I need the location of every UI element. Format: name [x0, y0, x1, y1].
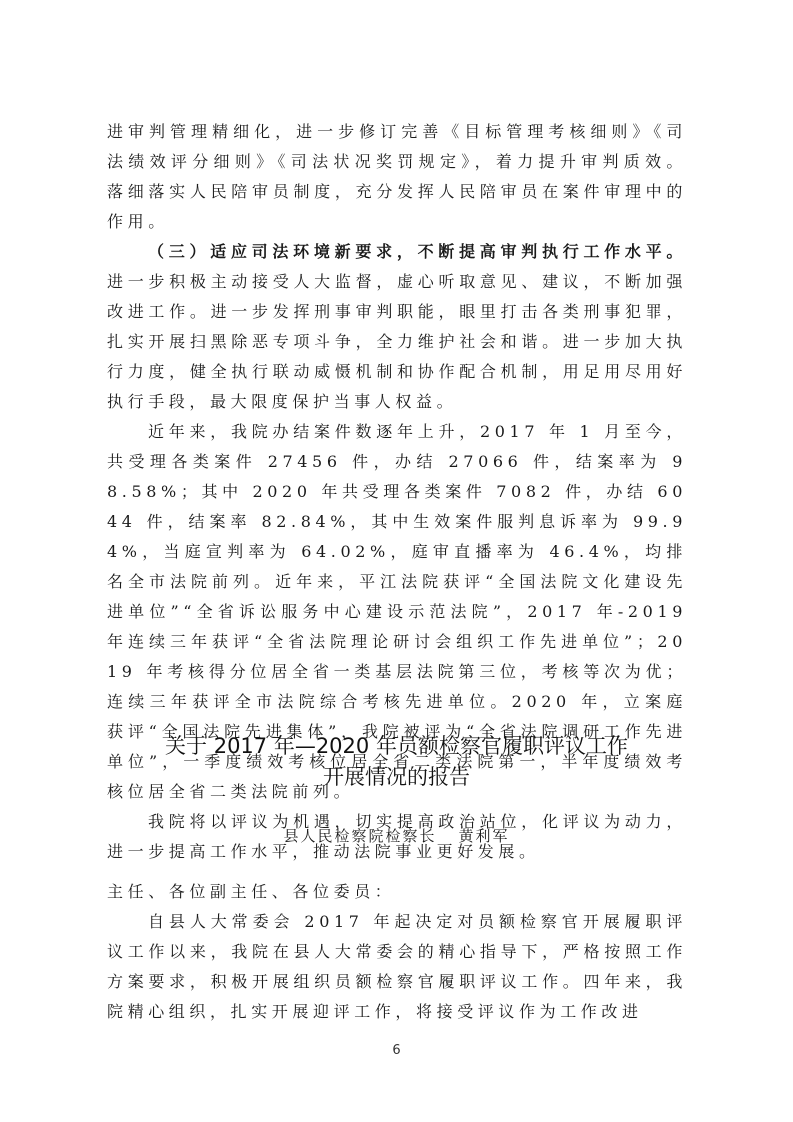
paragraph-continuation: 进审判管理精细化，进一步修订完善《目标管理考核细则》《司法绩效评分细则》《司法状…: [107, 117, 687, 237]
page-number: 6: [0, 1043, 793, 1058]
paragraph-intro: 自县人大常委会 2017 年起决定对员额检察官开展履职评议工作以来，我院在县人大…: [107, 907, 687, 1027]
report-title-line1: 关于 2017 年—2020 年员额检察官履职评议工作: [0, 731, 793, 761]
document-page: 进审判管理精细化，进一步修订完善《目标管理考核细则》《司法绩效评分细则》《司法状…: [0, 0, 793, 1122]
byline: 县人民检察院检察长黄利军: [0, 825, 793, 846]
report-title-line2: 开展情况的报告: [0, 762, 793, 792]
byline-organization: 县人民检察院检察长: [283, 827, 436, 845]
section2-text: 主任、各位副主任、各位委员： 自县人大常委会 2017 年起决定对员额检察官开展…: [107, 877, 687, 1027]
salutation: 主任、各位副主任、各位委员：: [107, 877, 687, 907]
paragraph-heading: （三）适应司法环境新要求，不断提高审判执行工作水平。: [148, 242, 687, 261]
paragraph-body: 进一步积极主动接受人大监督，虚心听取意见、建议，不断加强改进工作。进一步发挥刑事…: [107, 272, 687, 411]
paragraph-three: （三）适应司法环境新要求，不断提高审判执行工作水平。进一步积极主动接受人大监督，…: [107, 237, 687, 417]
byline-name: 黄利军: [459, 827, 510, 845]
